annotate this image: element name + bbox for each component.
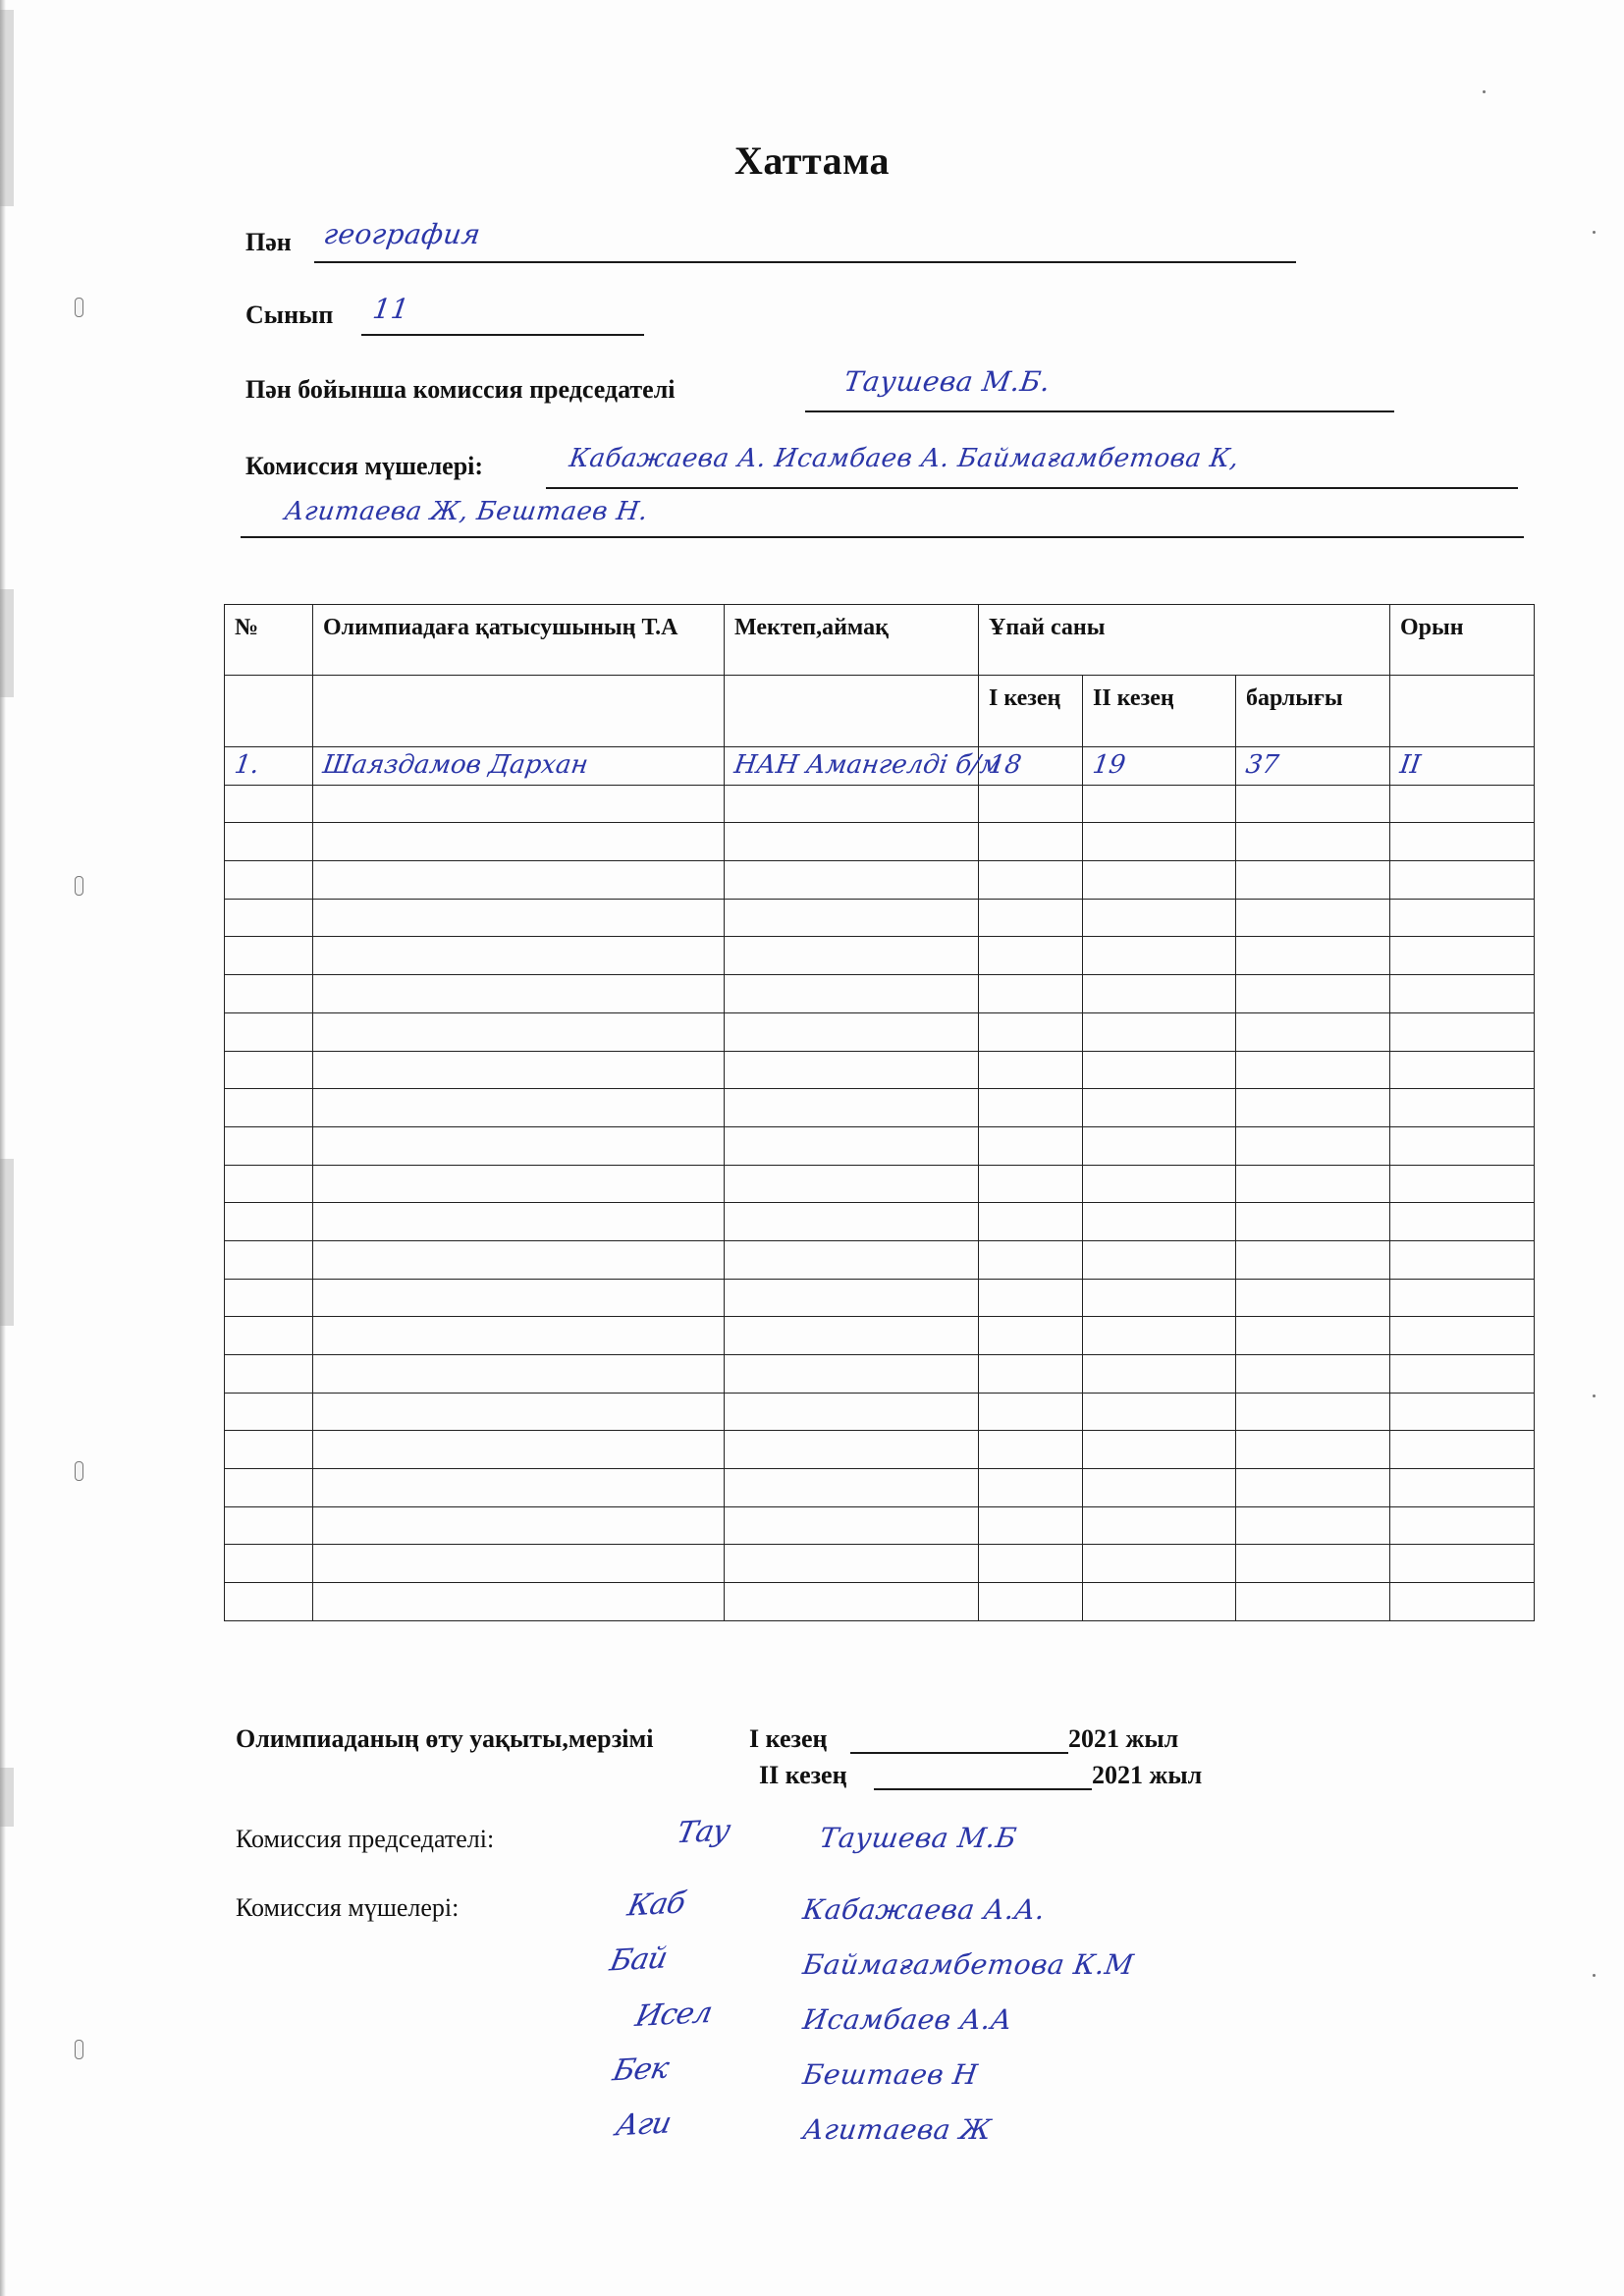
cell-place[interactable] — [1390, 785, 1535, 823]
cell-school[interactable] — [725, 1583, 979, 1621]
cell-number[interactable] — [225, 785, 313, 823]
grade-value[interactable]: 11 — [371, 293, 411, 325]
member-name: Баймағамбетова К.М — [801, 1948, 1136, 1981]
members-value-line1[interactable]: Кабажаева А. Исамбаев А. Баймағамбетова … — [568, 444, 1241, 473]
header-place: Орын — [1390, 605, 1535, 676]
cell-stage1[interactable] — [979, 1089, 1083, 1127]
cell-school[interactable] — [725, 823, 979, 861]
cell-stage1[interactable] — [979, 1203, 1083, 1241]
table-row — [225, 861, 1535, 900]
cell-total[interactable]: 37 — [1236, 747, 1390, 786]
cell-total[interactable] — [1236, 1203, 1390, 1241]
table-row — [225, 1506, 1535, 1545]
cell-stage2[interactable] — [1083, 1431, 1236, 1469]
cell-participant[interactable] — [313, 937, 725, 975]
cell-number[interactable] — [225, 899, 313, 937]
cell-total[interactable] — [1236, 975, 1390, 1013]
cell-number[interactable] — [225, 1393, 313, 1431]
stage2-date-label: II кезең — [759, 1761, 847, 1790]
cell-stage1[interactable] — [979, 1506, 1083, 1545]
cell-total[interactable] — [1236, 1279, 1390, 1317]
cell-total[interactable] — [1236, 823, 1390, 861]
dates-label: Олимпиаданың өту уақыты,мерзімі — [236, 1724, 653, 1754]
cell-number-value: 1. — [232, 747, 261, 783]
table-row — [225, 1355, 1535, 1394]
members-underline-1 — [546, 487, 1518, 489]
scan-smudge — [0, 589, 14, 697]
member-name: Исамбаев А.А — [801, 2003, 1015, 2036]
stage2-year: 2021 жыл — [1092, 1761, 1202, 1790]
table-row — [225, 785, 1535, 823]
scan-speck — [1593, 1394, 1596, 1397]
cell-place[interactable] — [1390, 899, 1535, 937]
member-signature: Каб — [624, 1886, 687, 1924]
cell-stage1[interactable] — [979, 937, 1083, 975]
punch-hole-mark — [75, 1461, 83, 1481]
cell-participant[interactable] — [313, 1126, 725, 1165]
cell-total[interactable] — [1236, 1126, 1390, 1165]
table-row — [225, 1089, 1535, 1127]
cell-total[interactable] — [1236, 1583, 1390, 1621]
table-row — [225, 1203, 1535, 1241]
cell-participant[interactable] — [313, 1431, 725, 1469]
scan-smudge — [0, 1768, 14, 1827]
cell-total[interactable] — [1236, 899, 1390, 937]
document-title: Хаттама — [0, 137, 1624, 184]
scan-speck — [1593, 1974, 1596, 1977]
cell-place[interactable] — [1390, 1545, 1535, 1583]
cell-place[interactable] — [1390, 1469, 1535, 1507]
cell-school[interactable] — [725, 899, 979, 937]
cell-school[interactable] — [725, 937, 979, 975]
cell-school[interactable] — [725, 1203, 979, 1241]
cell-stage1[interactable] — [979, 1583, 1083, 1621]
cell-number[interactable] — [225, 861, 313, 900]
table-row — [225, 1240, 1535, 1279]
cell-participant[interactable] — [313, 861, 725, 900]
subject-underline — [314, 261, 1296, 263]
cell-school[interactable] — [725, 1469, 979, 1507]
cell-school[interactable]: НАН Амангелді б/м — [725, 747, 979, 786]
cell-number[interactable] — [225, 1506, 313, 1545]
stage1-year: 2021 жыл — [1068, 1724, 1178, 1754]
table-header-row-1: № Олимпиадаға қатысушының Т.А Мектеп,айм… — [225, 605, 1535, 676]
cell-school[interactable] — [725, 975, 979, 1013]
cell-stage2[interactable] — [1083, 1545, 1236, 1583]
member-name: Агитаева Ж — [801, 2113, 994, 2146]
cell-total[interactable] — [1236, 1545, 1390, 1583]
cell-total[interactable] — [1236, 1431, 1390, 1469]
cell-school[interactable] — [725, 1279, 979, 1317]
cell-number[interactable] — [225, 1279, 313, 1317]
punch-hole-mark — [75, 298, 83, 317]
subject-label: Пән — [245, 228, 292, 257]
cell-stage2[interactable] — [1083, 1583, 1236, 1621]
cell-place[interactable] — [1390, 1240, 1535, 1279]
punch-hole-mark — [75, 876, 83, 896]
cell-stage1[interactable] — [979, 1469, 1083, 1507]
cell-school-value: НАН Амангелді б/м — [731, 747, 1003, 783]
cell-school[interactable] — [725, 1506, 979, 1545]
cell-participant[interactable] — [313, 1469, 725, 1507]
cell-participant[interactable] — [313, 1545, 725, 1583]
chair-value[interactable]: Таушева М.Б. — [842, 365, 1053, 398]
cell-total[interactable] — [1236, 937, 1390, 975]
cell-stage1[interactable] — [979, 1355, 1083, 1394]
cell-stage1[interactable] — [979, 823, 1083, 861]
cell-number[interactable] — [225, 1051, 313, 1089]
cell-total[interactable] — [1236, 1012, 1390, 1051]
cell-stage1[interactable] — [979, 1545, 1083, 1583]
table-row — [225, 1051, 1535, 1089]
cell-participant[interactable] — [313, 1506, 725, 1545]
cell-participant-value: Шаяздамов Дархан — [320, 747, 590, 783]
cell-number[interactable] — [225, 1203, 313, 1241]
cell-place[interactable] — [1390, 1051, 1535, 1089]
cell-school[interactable] — [725, 1089, 979, 1127]
table-body: 1.Шаяздамов ДарханНАН Амангелді б/м18193… — [225, 747, 1535, 1621]
cell-total[interactable] — [1236, 785, 1390, 823]
scan-speck — [1483, 90, 1486, 93]
table-row: 1.Шаяздамов ДарханНАН Амангелді б/м18193… — [225, 747, 1535, 786]
punch-hole-mark — [75, 2040, 83, 2059]
cell-stage1[interactable] — [979, 1240, 1083, 1279]
cell-number[interactable] — [225, 1431, 313, 1469]
cell-number[interactable] — [225, 1545, 313, 1583]
cell-participant[interactable] — [313, 1089, 725, 1127]
cell-total[interactable] — [1236, 1393, 1390, 1431]
header-number: № — [225, 605, 313, 676]
cell-participant[interactable] — [313, 1203, 725, 1241]
cell-total[interactable] — [1236, 1506, 1390, 1545]
header-school: Мектеп,аймақ — [725, 605, 979, 676]
cell-stage2[interactable] — [1083, 823, 1236, 861]
cell-participant[interactable] — [313, 975, 725, 1013]
cell-place[interactable] — [1390, 1393, 1535, 1431]
cell-place[interactable] — [1390, 937, 1535, 975]
cell-number[interactable] — [225, 937, 313, 975]
cell-stage1[interactable] — [979, 1012, 1083, 1051]
table-row — [225, 1279, 1535, 1317]
member-name: Бештаев Н — [801, 2058, 980, 2091]
cell-stage1[interactable] — [979, 1279, 1083, 1317]
cell-total[interactable] — [1236, 1317, 1390, 1355]
cell-number[interactable] — [225, 1317, 313, 1355]
grade-label: Сынып — [245, 301, 333, 330]
cell-participant[interactable] — [313, 1317, 725, 1355]
grade-underline — [361, 334, 644, 336]
cell-stage1[interactable] — [979, 1317, 1083, 1355]
cell-place[interactable] — [1390, 1506, 1535, 1545]
chair-signature: Тау — [674, 1814, 732, 1851]
cell-participant[interactable] — [313, 899, 725, 937]
cell-participant[interactable]: Шаяздамов Дархан — [313, 747, 725, 786]
cell-place[interactable] — [1390, 1431, 1535, 1469]
cell-place[interactable] — [1390, 1089, 1535, 1127]
cell-stage2-value: 19 — [1090, 747, 1127, 783]
members-label: Комиссия мүшелері: — [245, 452, 483, 481]
cell-participant[interactable] — [313, 1051, 725, 1089]
footer-members-label: Комиссия мүшелері: — [236, 1893, 459, 1923]
cell-participant[interactable] — [313, 823, 725, 861]
header-number-blank — [225, 676, 313, 747]
table-row — [225, 1431, 1535, 1469]
subject-value[interactable]: география — [322, 218, 483, 250]
header-participant-blank — [313, 676, 725, 747]
chair-underline — [805, 410, 1394, 412]
cell-school[interactable] — [725, 1240, 979, 1279]
cell-stage2[interactable] — [1083, 1012, 1236, 1051]
table-row — [225, 1126, 1535, 1165]
cell-stage1[interactable] — [979, 899, 1083, 937]
cell-school[interactable] — [725, 1545, 979, 1583]
cell-place[interactable] — [1390, 1355, 1535, 1394]
cell-stage2[interactable] — [1083, 1355, 1236, 1394]
cell-school[interactable] — [725, 1126, 979, 1165]
cell-number[interactable] — [225, 1469, 313, 1507]
cell-participant[interactable] — [313, 1240, 725, 1279]
cell-number[interactable] — [225, 1165, 313, 1203]
cell-school[interactable] — [725, 1012, 979, 1051]
cell-place[interactable] — [1390, 861, 1535, 900]
cell-number[interactable] — [225, 1355, 313, 1394]
cell-stage2[interactable] — [1083, 1279, 1236, 1317]
cell-school[interactable] — [725, 1355, 979, 1394]
scan-smudge — [0, 1159, 14, 1326]
cell-total-value: 37 — [1243, 747, 1280, 783]
cell-number[interactable] — [225, 975, 313, 1013]
cell-participant[interactable] — [313, 1393, 725, 1431]
cell-stage2[interactable] — [1083, 785, 1236, 823]
member-signature: Бек — [610, 2051, 671, 2089]
table-row — [225, 1545, 1535, 1583]
cell-stage2[interactable] — [1083, 1051, 1236, 1089]
cell-number[interactable] — [225, 1240, 313, 1279]
header-stage2: II кезең — [1083, 676, 1236, 747]
cell-stage2[interactable] — [1083, 899, 1236, 937]
cell-total[interactable] — [1236, 1051, 1390, 1089]
cell-total[interactable] — [1236, 1355, 1390, 1394]
cell-stage2[interactable] — [1083, 1506, 1236, 1545]
cell-stage2[interactable] — [1083, 1317, 1236, 1355]
cell-total[interactable] — [1236, 1240, 1390, 1279]
cell-school[interactable] — [725, 1051, 979, 1089]
cell-stage1[interactable] — [979, 1126, 1083, 1165]
cell-stage2[interactable] — [1083, 861, 1236, 900]
scan-speck — [1593, 231, 1596, 234]
stage1-date-label: I кезең — [749, 1724, 827, 1754]
table-row — [225, 1393, 1535, 1431]
cell-participant[interactable] — [313, 785, 725, 823]
members-underline-2 — [241, 536, 1524, 538]
table-row — [225, 975, 1535, 1013]
table-row — [225, 899, 1535, 937]
header-school-blank — [725, 676, 979, 747]
cell-place-value: II — [1397, 747, 1423, 783]
cell-stage1[interactable]: 18 — [979, 747, 1083, 786]
cell-place[interactable] — [1390, 1012, 1535, 1051]
cell-number[interactable] — [225, 1583, 313, 1621]
table-header-row-2: I кезең II кезең барлығы — [225, 676, 1535, 747]
cell-stage1[interactable] — [979, 1431, 1083, 1469]
cell-stage2[interactable] — [1083, 1203, 1236, 1241]
cell-number[interactable] — [225, 1089, 313, 1127]
cell-school[interactable] — [725, 1431, 979, 1469]
cell-stage1[interactable] — [979, 861, 1083, 900]
table-row — [225, 937, 1535, 975]
cell-stage2[interactable] — [1083, 937, 1236, 975]
header-stage1: I кезең — [979, 676, 1083, 747]
cell-total[interactable] — [1236, 861, 1390, 900]
member-signature: Исел — [632, 1995, 715, 2034]
cell-school[interactable] — [725, 1317, 979, 1355]
cell-place[interactable] — [1390, 975, 1535, 1013]
cell-place[interactable] — [1390, 1203, 1535, 1241]
cell-participant[interactable] — [313, 1165, 725, 1203]
chair-label: Пән бойынша комиссия председателі — [245, 375, 676, 405]
members-value-line2[interactable]: Агитаева Ж, Бештаев Н. — [283, 497, 650, 526]
table-row — [225, 1012, 1535, 1051]
scan-edge-shadow — [0, 0, 6, 2296]
cell-total[interactable] — [1236, 1469, 1390, 1507]
cell-place[interactable] — [1390, 1126, 1535, 1165]
cell-number[interactable] — [225, 1012, 313, 1051]
cell-place[interactable] — [1390, 1165, 1535, 1203]
cell-school[interactable] — [725, 861, 979, 900]
cell-stage2[interactable] — [1083, 1089, 1236, 1127]
cell-number[interactable] — [225, 823, 313, 861]
cell-stage2[interactable] — [1083, 1165, 1236, 1203]
cell-stage2[interactable] — [1083, 1126, 1236, 1165]
stage2-date-blank[interactable] — [874, 1788, 1092, 1790]
cell-total[interactable] — [1236, 1089, 1390, 1127]
cell-stage2[interactable] — [1083, 975, 1236, 1013]
cell-place[interactable] — [1390, 823, 1535, 861]
cell-stage1[interactable] — [979, 1051, 1083, 1089]
table-row — [225, 1583, 1535, 1621]
header-place-blank — [1390, 676, 1535, 747]
cell-stage2[interactable] — [1083, 1240, 1236, 1279]
cell-participant[interactable] — [313, 1012, 725, 1051]
cell-number[interactable]: 1. — [225, 747, 313, 786]
table-row — [225, 1469, 1535, 1507]
cell-participant[interactable] — [313, 1583, 725, 1621]
cell-place[interactable]: II — [1390, 747, 1535, 786]
participants-table: № Олимпиадаға қатысушының Т.А Мектеп,айм… — [224, 604, 1535, 1621]
cell-stage2[interactable] — [1083, 1393, 1236, 1431]
cell-stage1-value: 18 — [986, 747, 1023, 783]
table-row — [225, 1165, 1535, 1203]
table-row — [225, 823, 1535, 861]
member-signature: Бай — [607, 1941, 670, 1979]
member-name: Кабажаева А.А. — [801, 1893, 1048, 1926]
cell-stage1[interactable] — [979, 1165, 1083, 1203]
header-score-group: Ұпай саны — [979, 605, 1390, 676]
cell-place[interactable] — [1390, 1583, 1535, 1621]
header-participant: Олимпиадаға қатысушының Т.А — [313, 605, 725, 676]
cell-school[interactable] — [725, 1393, 979, 1431]
cell-participant[interactable] — [313, 1355, 725, 1394]
chair-name: Таушева М.Б — [818, 1822, 1019, 1854]
table-row — [225, 1317, 1535, 1355]
cell-stage1[interactable] — [979, 785, 1083, 823]
cell-place[interactable] — [1390, 1279, 1535, 1317]
cell-stage1[interactable] — [979, 1393, 1083, 1431]
cell-school[interactable] — [725, 785, 979, 823]
footer-chair-label: Комиссия председателі: — [236, 1825, 494, 1854]
cell-stage2[interactable] — [1083, 1469, 1236, 1507]
member-signature: Аги — [613, 2106, 674, 2144]
cell-stage2[interactable]: 19 — [1083, 747, 1236, 786]
cell-participant[interactable] — [313, 1279, 725, 1317]
cell-number[interactable] — [225, 1126, 313, 1165]
cell-total[interactable] — [1236, 1165, 1390, 1203]
header-total: барлығы — [1236, 676, 1390, 747]
cell-stage1[interactable] — [979, 975, 1083, 1013]
cell-school[interactable] — [725, 1165, 979, 1203]
cell-place[interactable] — [1390, 1317, 1535, 1355]
stage1-date-blank[interactable] — [850, 1752, 1068, 1754]
